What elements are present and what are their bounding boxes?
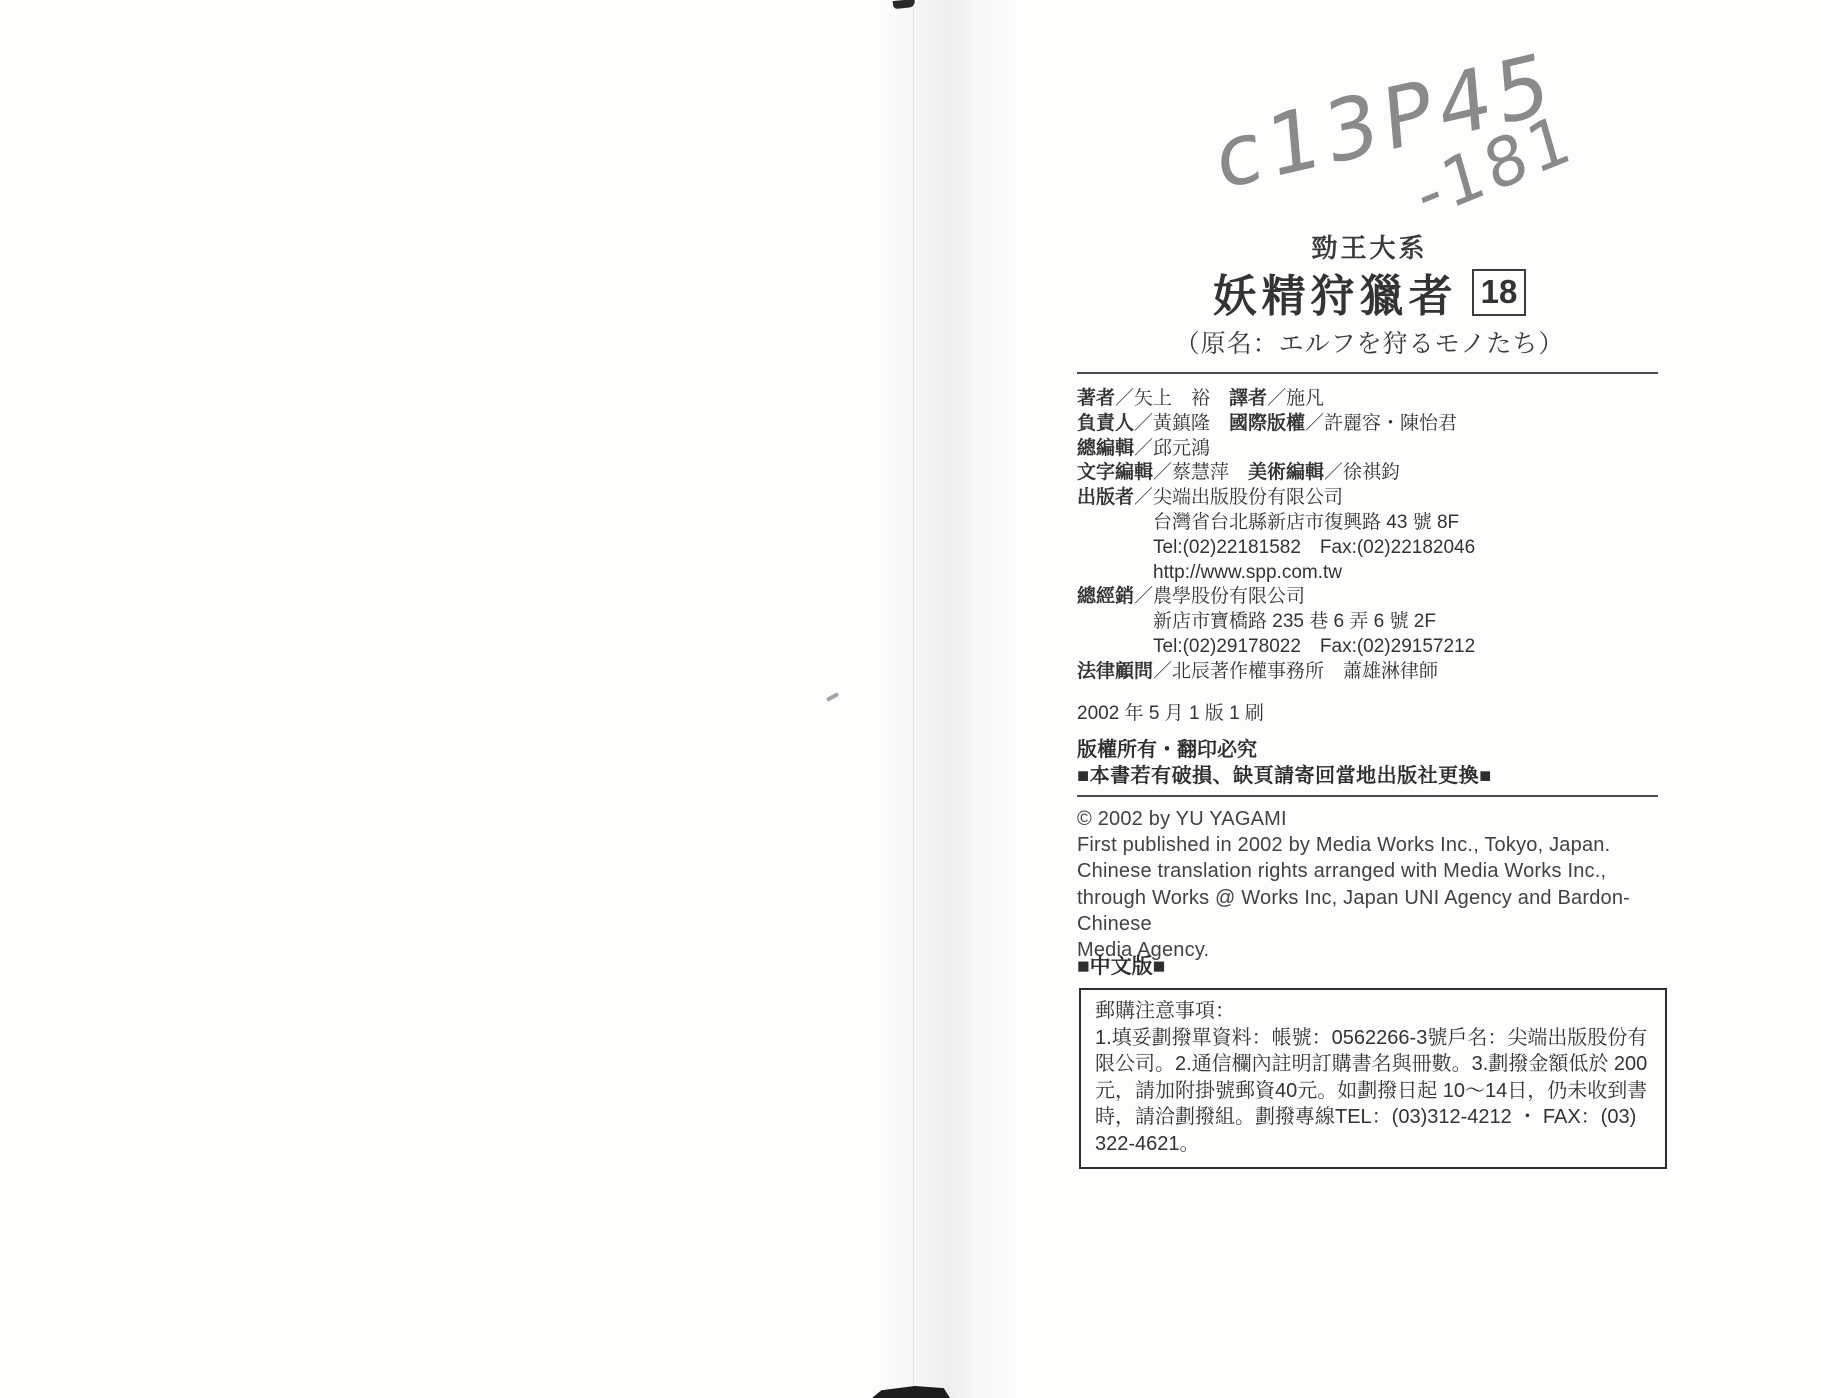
english-copyright-block: © 2002 by YU YAGAMIFirst published in 20… [1077, 806, 1662, 963]
credit-line: 總編輯／邱元鴻 [1077, 437, 1662, 462]
credit-value: 新店市寶橋路 235 巷 6 弄 6 號 2F [1153, 611, 1436, 632]
credit-label: 著者 [1077, 388, 1115, 409]
credit-label: 譯者 [1229, 388, 1267, 409]
book-title-row: 妖精狩獵者18 [1077, 260, 1662, 324]
rights-notice: 版權所有・翻印必究 [1077, 733, 1257, 762]
edition-line: 2002 年 5 月 1 版 1 刷 [1077, 698, 1264, 725]
credit-line: Tel:(02)22181582 Fax:(02)22182046 [1077, 536, 1662, 561]
credit-value: Tel:(02)29178022 Fax:(02)29157212 [1153, 636, 1475, 657]
damage-notice: ■本書若有破損、缺頁請寄回當地出版社更換■ [1077, 759, 1492, 788]
credit-line: 負責人／黃鎮隆 國際版權／許麗容・陳怡君 [1077, 412, 1662, 437]
mail-order-line: 限公司。2.通信欄內註明訂購書名與冊數。3.劃撥金額低於 200 [1095, 1051, 1651, 1078]
credit-label: 美術編輯 [1248, 462, 1324, 483]
mail-order-notice-box: 郵購注意事項：1.填妥劃撥單資料：帳號：0562266-3號戶名：尖端出版股份有… [1079, 988, 1667, 1169]
mail-order-line: 1.填妥劃撥單資料：帳號：0562266-3號戶名：尖端出版股份有 [1095, 1025, 1651, 1052]
mail-order-line: 元，請加附掛號郵資40元。如劃撥日起 10～14日，仍未收到書 [1095, 1078, 1651, 1105]
english-copyright-line: Chinese translation rights arranged with… [1077, 858, 1662, 884]
credits-list: 著者／矢上 裕 譯者／施凡負責人／黃鎮隆 國際版權／許麗容・陳怡君總編輯／邱元鴻… [1077, 387, 1662, 685]
handwritten-note-1: c13P45 [1212, 33, 1558, 210]
left-blank-page [0, 0, 878, 1398]
credit-value: ／施凡 [1267, 388, 1324, 409]
credit-value: ／邱元鴻 [1134, 438, 1210, 459]
credit-value: ／矢上 裕 [1115, 388, 1229, 409]
credit-value: ／黃鎮隆 [1134, 413, 1229, 434]
credit-line: 出版者／尖端出版股份有限公司 [1077, 486, 1662, 511]
credit-line: http://www.spp.com.tw [1077, 561, 1662, 586]
chinese-edition-label: ■中文版■ [1077, 950, 1165, 980]
original-title: （原名：エルフを狩るモノたち） [1077, 324, 1662, 360]
mail-order-line: 時，請洽劃撥組。劃撥專線TEL：(03)312-4212 ・ FAX：(03) [1095, 1104, 1651, 1131]
handwritten-note-2: -181 [1407, 98, 1582, 235]
credit-line: 著者／矢上 裕 譯者／施凡 [1077, 387, 1662, 412]
volume-badge: 18 [1472, 269, 1527, 316]
credit-value: ／徐祺鈞 [1324, 462, 1400, 483]
credit-line: 總經銷／農學股份有限公司 [1077, 585, 1662, 610]
book-spine-shadow [878, 0, 1018, 1398]
page-fold-edge [913, 0, 914, 1398]
credit-value: Tel:(02)22181582 Fax:(02)22182046 [1153, 537, 1475, 558]
credit-label: 法律顧問 [1077, 661, 1153, 682]
credit-value: http://www.spp.com.tw [1153, 562, 1342, 583]
credit-value: ／尖端出版股份有限公司 [1134, 487, 1343, 508]
book-title: 妖精狩獵者 [1213, 272, 1458, 321]
english-copyright-line: through Works @ Works Inc, Japan UNI Age… [1077, 885, 1662, 937]
credit-label: 總編輯 [1077, 438, 1134, 459]
divider-bottom [1077, 795, 1658, 797]
credit-label: 負責人 [1077, 413, 1134, 434]
credit-label: 文字編輯 [1077, 462, 1153, 483]
credit-line: 文字編輯／蔡慧萍 美術編輯／徐祺鈞 [1077, 461, 1662, 486]
credit-line: Tel:(02)29178022 Fax:(02)29157212 [1077, 635, 1662, 660]
mail-order-line: 322-4621。 [1095, 1131, 1651, 1158]
credit-label: 出版者 [1077, 487, 1134, 508]
credit-value: 台灣省台北縣新店市復興路 43 號 8F [1153, 512, 1459, 533]
credit-label: 總經銷 [1077, 586, 1134, 607]
credit-label: 國際版權 [1229, 413, 1305, 434]
credit-value: ／北辰著作權事務所 蕭雄淋律師 [1153, 661, 1438, 682]
english-copyright-line: © 2002 by YU YAGAMI [1077, 806, 1662, 832]
scanned-page-spread: c13P45 -181 勁王大系 妖精狩獵者18 （原名：エルフを狩るモノたち）… [0, 0, 1821, 1398]
english-copyright-line: First published in 2002 by Media Works I… [1077, 832, 1662, 858]
divider-top [1077, 372, 1658, 374]
credit-line: 法律顧問／北辰著作權事務所 蕭雄淋律師 [1077, 660, 1662, 685]
credit-line: 新店市寶橋路 235 巷 6 弄 6 號 2F [1077, 610, 1662, 635]
credit-line: 台灣省台北縣新店市復興路 43 號 8F [1077, 511, 1662, 536]
credit-value: ／蔡慧萍 [1153, 462, 1248, 483]
credit-value: ／農學股份有限公司 [1134, 586, 1305, 607]
credit-value: ／許麗容・陳怡君 [1305, 413, 1457, 434]
mail-order-line: 郵購注意事項： [1095, 998, 1651, 1025]
